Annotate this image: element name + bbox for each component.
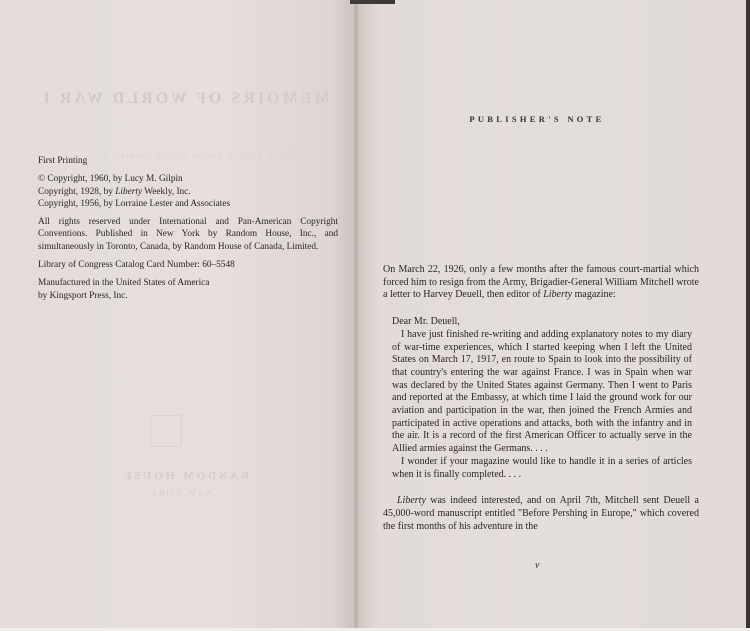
rights-statement: All rights reserved under International …: [38, 216, 338, 253]
publishers-note-body: On March 22, 1926, only a few months aft…: [383, 264, 699, 533]
letter-paragraph-1: I have just finished re-writing and addi…: [392, 329, 692, 456]
background-edge-right: [746, 0, 750, 631]
open-book-spread: MEMOIRS OF WORLD WAR I From Start to Fin…: [0, 0, 750, 631]
book-gutter: [352, 0, 360, 628]
page-heading: PUBLISHER'S NOTE: [442, 114, 632, 124]
ghost-title-show-through: MEMOIRS OF WORLD WAR I: [40, 90, 330, 108]
copyright-line-2: Copyright, 1928, by Liberty Weekly, Inc.: [38, 186, 338, 198]
letter-paragraph-2: I wonder if your magazine would like to …: [392, 456, 692, 481]
background-edge: [350, 0, 395, 4]
intro-text: On March 22, 1926, only a few months aft…: [383, 264, 699, 300]
printing-notice: First Printing: [38, 155, 338, 167]
liberty-italic: Liberty: [115, 187, 142, 197]
copyright-line-1: © Copyright, 1960, by Lucy M. Gilpin: [38, 173, 338, 185]
copyright-line-2-text: Copyright, 1928, by: [38, 187, 115, 197]
copyright-line-3: Copyright, 1956, by Lorraine Lester and …: [38, 198, 338, 210]
closing-paragraph: Liberty was indeed interested, and on Ap…: [383, 495, 699, 533]
page-number: v: [535, 560, 539, 571]
publisher-logo-icon: [150, 415, 182, 447]
copyright-block: First Printing © Copyright, 1960, by Luc…: [38, 155, 338, 302]
manufactured-line-2: by Kingsport Press, Inc.: [38, 290, 338, 302]
ghost-publisher-show-through: RANDOM HOUSE: [110, 470, 260, 482]
ghost-city-show-through: NEW YORK: [140, 488, 220, 498]
liberty-italic: Liberty: [543, 289, 572, 300]
letter-salutation: Dear Mr. Deuell,: [392, 316, 692, 329]
intro-paragraph: On March 22, 1926, only a few months aft…: [383, 264, 699, 302]
closing-text: was indeed interested, and on April 7th,…: [383, 495, 699, 531]
liberty-italic: Liberty: [397, 495, 426, 506]
quoted-letter: Dear Mr. Deuell, I have just finished re…: [392, 316, 692, 481]
manufactured-line-1: Manufactured in the United States of Ame…: [38, 277, 338, 289]
intro-end: magazine:: [572, 289, 616, 300]
left-page: MEMOIRS OF WORLD WAR I From Start to Fin…: [0, 0, 356, 628]
catalog-number: Library of Congress Catalog Card Number:…: [38, 259, 338, 271]
copyright-line-2-end: Weekly, Inc.: [142, 187, 191, 197]
